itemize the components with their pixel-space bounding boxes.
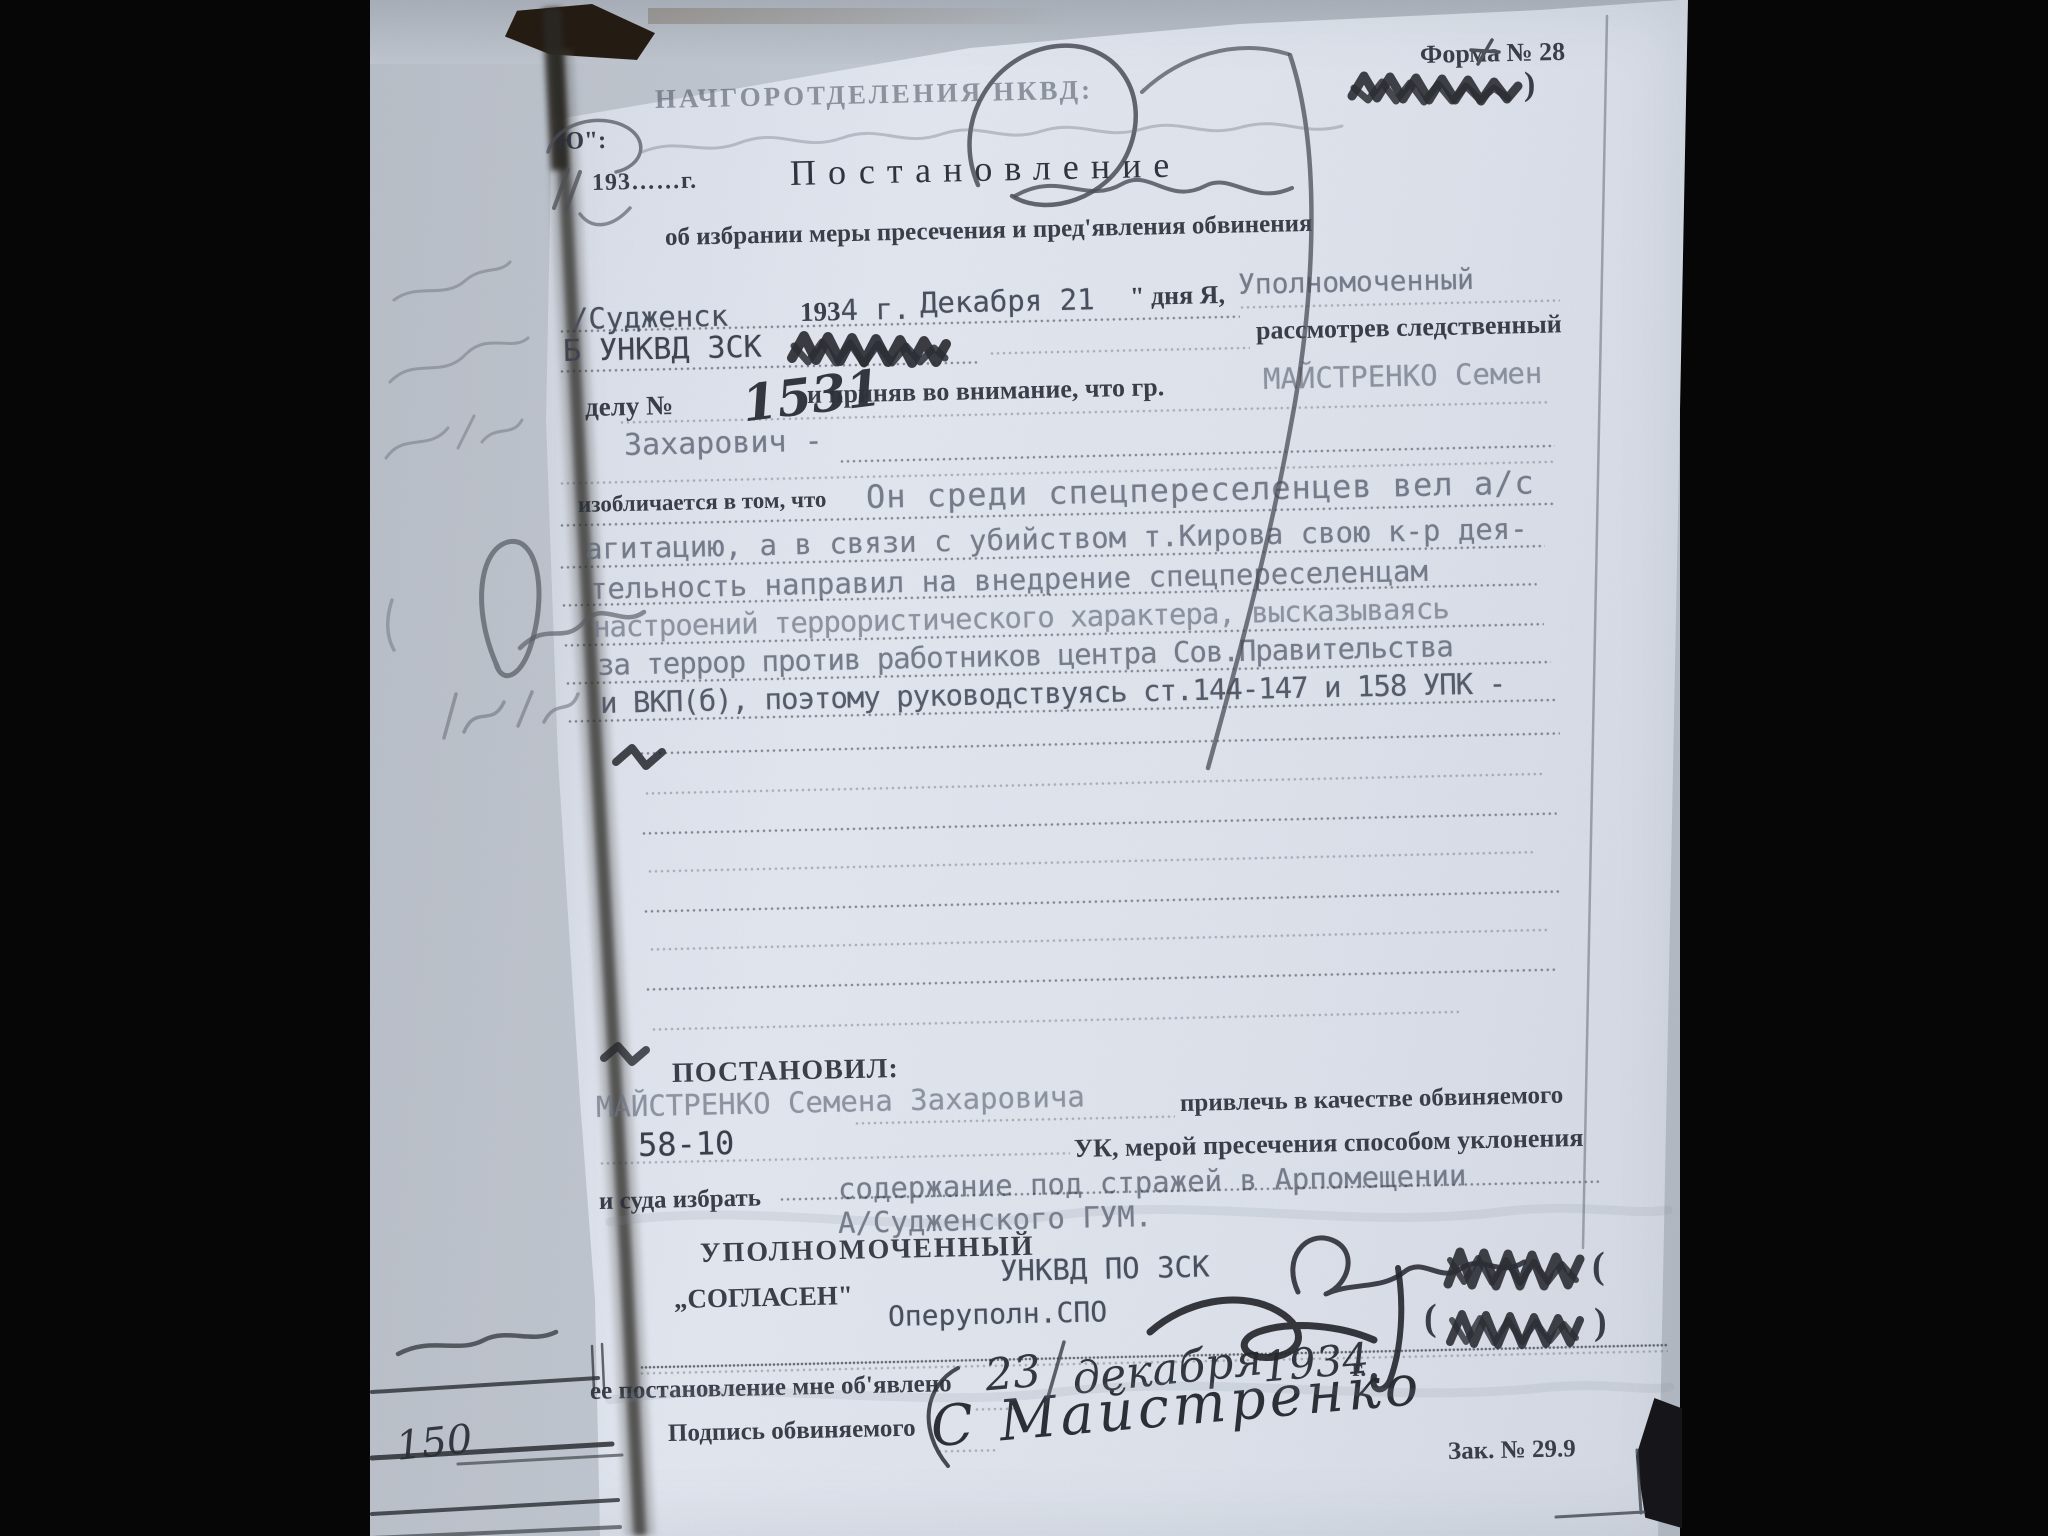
scanned-document-photo: Форма № 28 НАЧГОРОТДЕЛЕНИЯ НКВД: Ю": 193…: [0, 0, 2048, 1536]
paper-grain: [370, 0, 1680, 1536]
